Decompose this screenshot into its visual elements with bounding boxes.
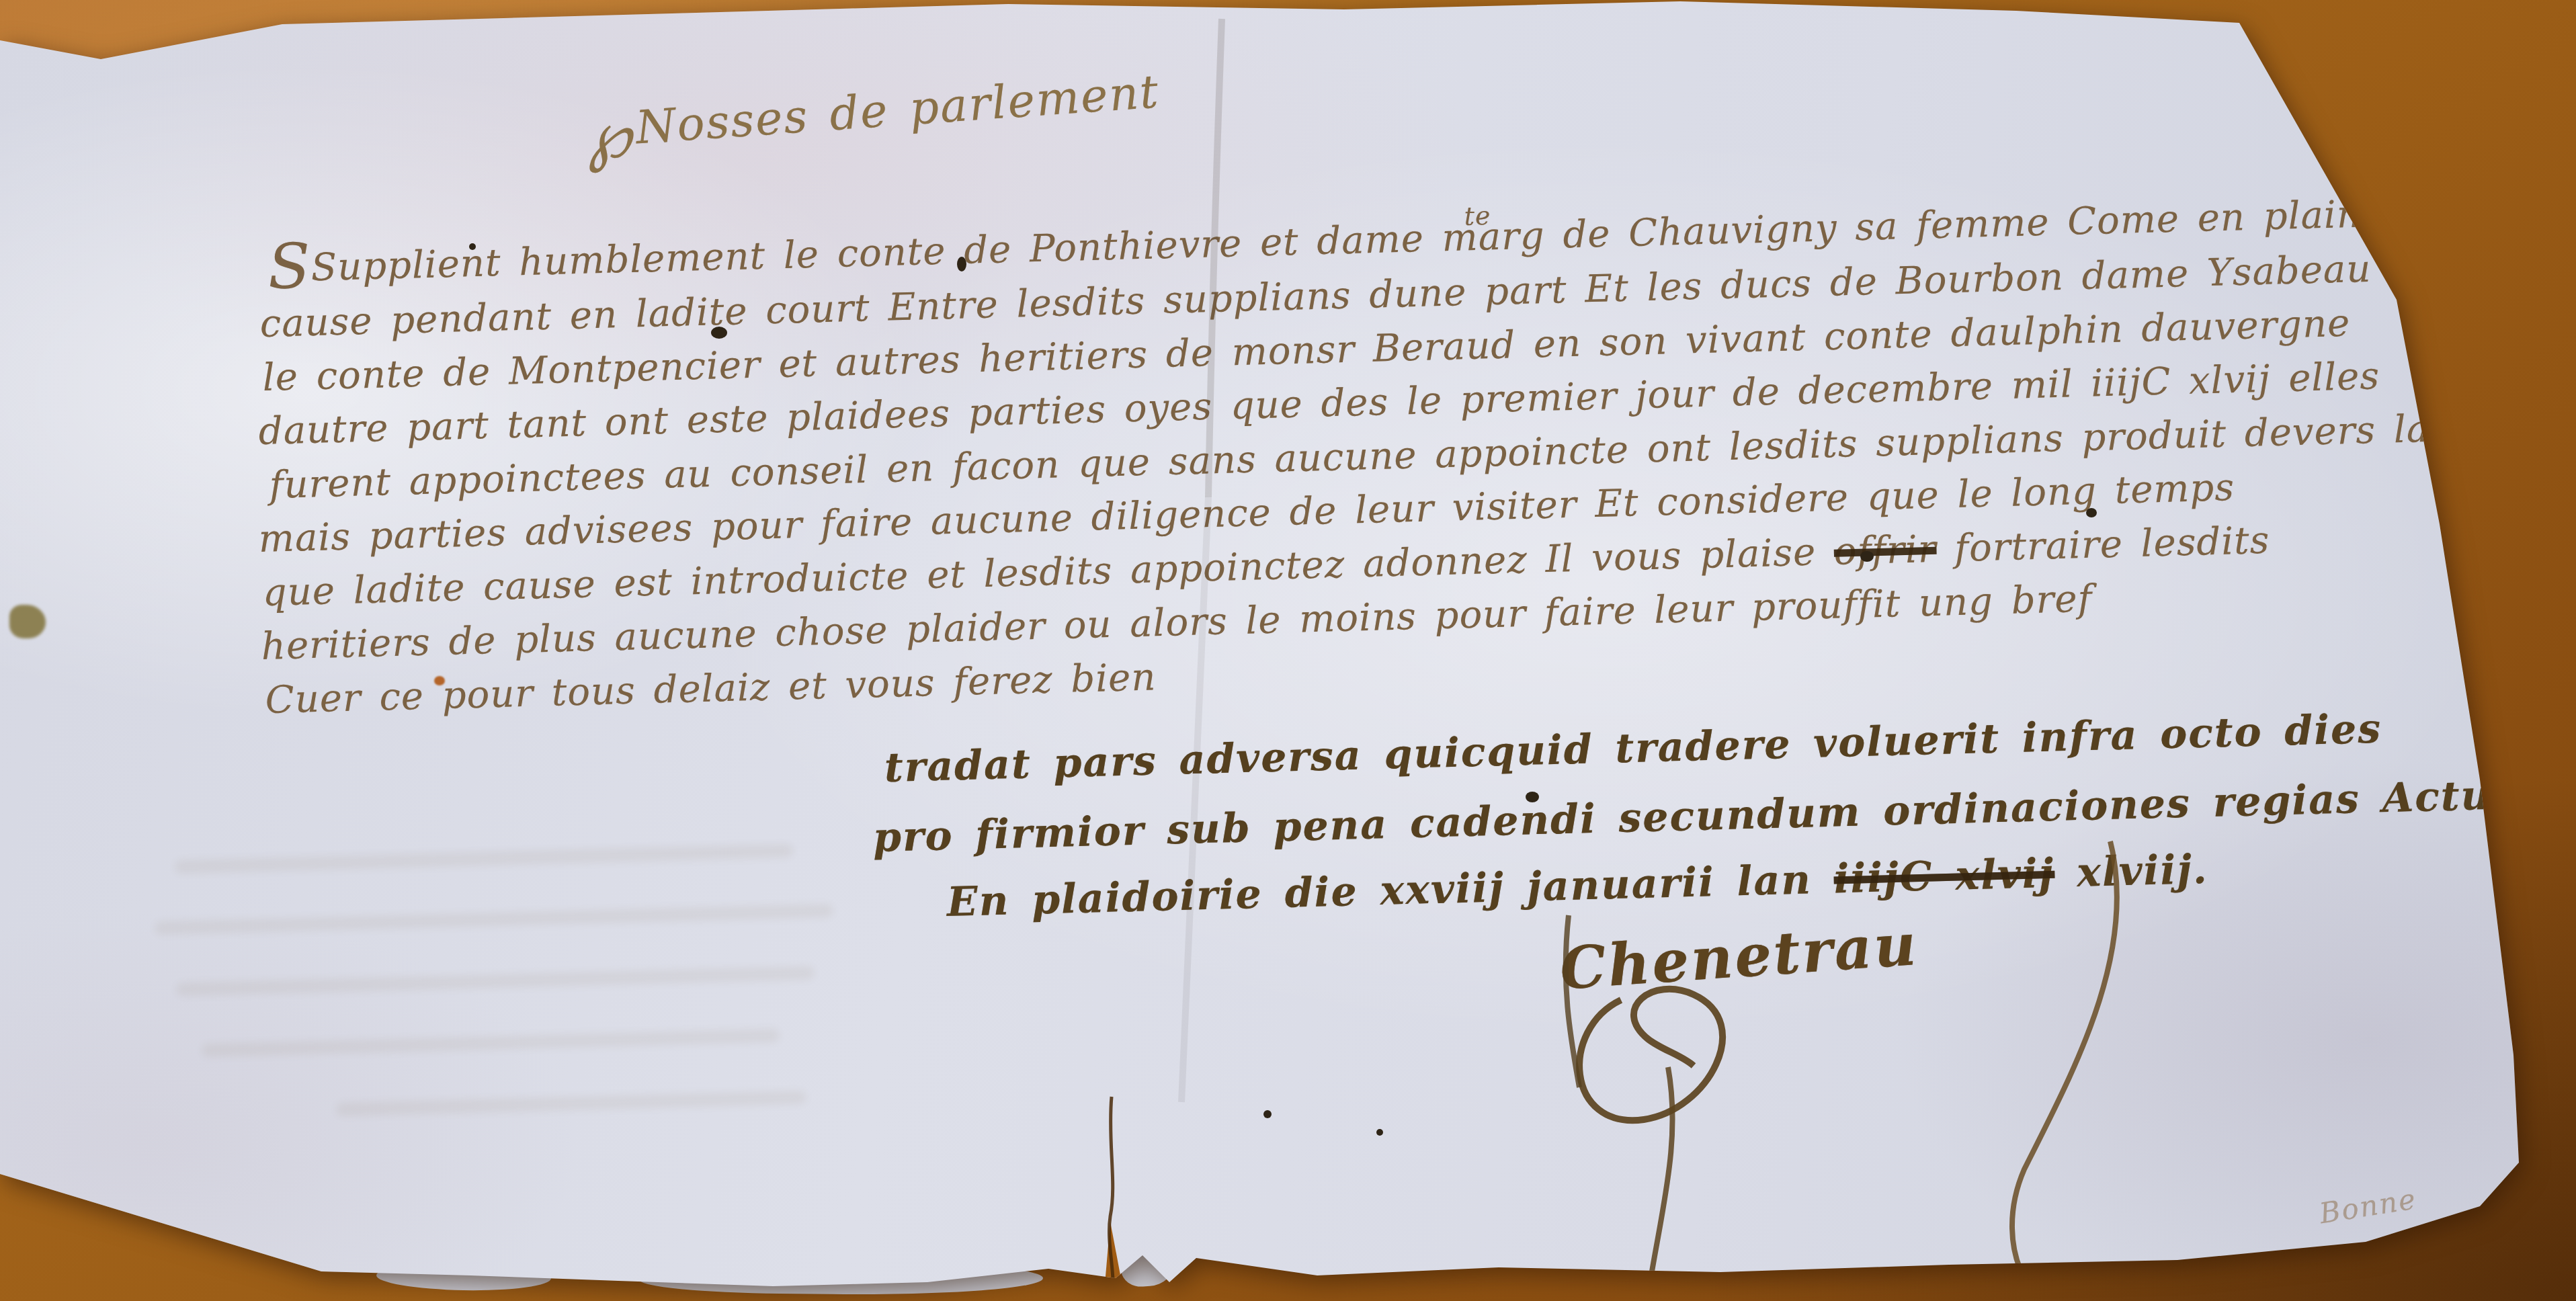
- ink-blot: [711, 327, 727, 339]
- ink-speck: [469, 243, 476, 250]
- ink-speck: [1263, 1110, 1272, 1118]
- show-through-line: [176, 966, 815, 997]
- show-through-line: [202, 1029, 780, 1058]
- pen-flourish-stroke: [2012, 841, 2117, 1278]
- clerk-signature: Chenetrau: [1558, 911, 1920, 1003]
- latin-response-line-3: En plaidoirie die xxviij januarii lan ii…: [946, 846, 2209, 926]
- manuscript-paper: ℘Nosses de parlement te SSupplient humbl…: [0, 0, 2576, 1301]
- photo-background: ℘Nosses de parlement te SSupplient humbl…: [0, 0, 2576, 1301]
- latin-line-3-struck-date: iiijC xlvij: [1833, 850, 2055, 903]
- latin-response-line-1: tradat pars adversa quicquid tradere vol…: [884, 706, 2382, 792]
- show-through-line: [175, 844, 793, 874]
- docket-header-text: Nosses de parlement: [634, 65, 1161, 155]
- rust-fleck: [434, 676, 445, 685]
- show-through-line: [336, 1091, 806, 1116]
- latin-line-3-before: En plaidoirie die xxviij januarii lan: [946, 855, 1835, 926]
- initial-letter: S: [267, 230, 312, 303]
- opening-paraph-icon: ℘: [583, 96, 635, 175]
- petition-line-7-after: fortraire lesdits: [1936, 519, 2271, 571]
- signature-paraph: [1579, 989, 1722, 1120]
- latin-line-3-after: xlviij.: [2054, 846, 2208, 897]
- petition-line-9: Cuer ce pour tous delaiz et vous ferez b…: [265, 655, 1157, 722]
- petition-line-7-struck-word: offrir: [1833, 528, 1937, 574]
- ink-blot: [1526, 792, 1539, 802]
- paper-crack: [1109, 1097, 1113, 1300]
- ink-stain: [9, 605, 46, 638]
- docket-header: ℘Nosses de parlement: [583, 59, 1162, 174]
- archivist-note: Bonne: [2317, 1182, 2419, 1230]
- ink-speck: [1376, 1129, 1383, 1136]
- ink-blot: [2086, 508, 2097, 517]
- signature-paraph-tail: [1648, 1067, 1673, 1296]
- show-through-line: [155, 904, 833, 935]
- ink-blot: [957, 257, 966, 271]
- manuscript-paper-wrap: ℘Nosses de parlement te SSupplient humbl…: [0, 0, 2576, 1301]
- paper-tear-gap: [1104, 1222, 1125, 1300]
- ink-blot: [1860, 551, 1874, 562]
